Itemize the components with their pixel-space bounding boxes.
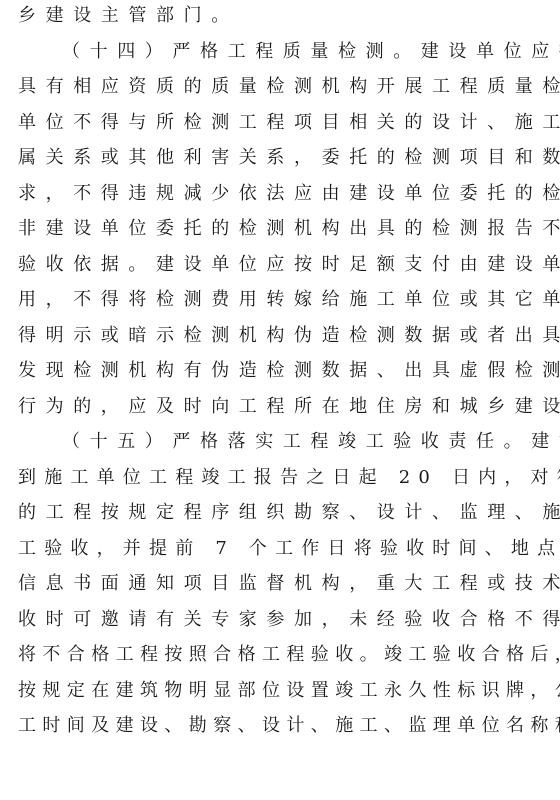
text-line: 乡建设主管部门。 bbox=[18, 0, 558, 34]
text-line: 将不合格工程按照合格工程验收。竣工验收合格后，建设单位应 bbox=[18, 637, 558, 673]
text-line: 行为的，应及时向工程所在地住房和城乡建设主管部门报告。 bbox=[18, 389, 558, 425]
text-line: 非建设单位委托的检测机构出具的检测报告不得作为工程质量 bbox=[18, 211, 558, 247]
text-line: 得明示或暗示检测机构伪造检测数据或者出具虚假检测报告， bbox=[18, 318, 558, 354]
text-line: 信息书面通知项目监督机构，重大工程或技术复杂工程竣工验 bbox=[18, 566, 558, 602]
text-line: 发现检测机构有伪造检测数据、出具虚假检测报告等违法违规 bbox=[18, 353, 558, 389]
section-heading-line: （十五）严格落实工程竣工验收责任。建设单位应当在收 bbox=[18, 424, 558, 460]
text-line: 用，不得将检测费用转嫁给施工单位或其它单位。建设单位不 bbox=[18, 282, 558, 318]
text-line: 的工程按规定程序组织勘察、设计、监理、施工等单位进行竣 bbox=[18, 495, 558, 531]
text-line: 验收依据。建设单位应按时足额支付由建设单位委托的检测费 bbox=[18, 247, 558, 283]
text-line: 工验收，并提前 7 个工作日将验收时间、地点、验收组名单等 bbox=[18, 531, 558, 567]
text-line: 到施工单位工程竣工报告之日起 20 日内，对符合竣工验收条件 bbox=[18, 460, 558, 496]
text-line: 工时间及建设、勘察、设计、施工、监理单位名称和项目负责人 bbox=[18, 708, 558, 744]
text-line: 属关系或其他利害关系，委托的检测项目和数量应符合有关要 bbox=[18, 140, 558, 176]
text-line: 收时可邀请有关专家参加，未经验收合格不得交付使用。严禁 bbox=[18, 602, 558, 638]
section-heading-line: （十四）严格工程质量检测。建设单位应按相关规定委托 bbox=[18, 34, 558, 70]
document-page: 乡建设主管部门。 （十四）严格工程质量检测。建设单位应按相关规定委托 具有相应资… bbox=[18, 0, 558, 744]
text-line: 按规定在建筑物明显部位设置竣工永久性标识牌，公示工程开竣 bbox=[18, 673, 558, 709]
text-line: 具有相应资质的质量检测机构开展工程质量检测，委托的检测 bbox=[18, 69, 558, 105]
text-line: 单位不得与所检测工程项目相关的设计、施工、监理单位有隶 bbox=[18, 105, 558, 141]
text-line: 求，不得违规减少依法应由建设单位委托的检测项目和数量， bbox=[18, 176, 558, 212]
